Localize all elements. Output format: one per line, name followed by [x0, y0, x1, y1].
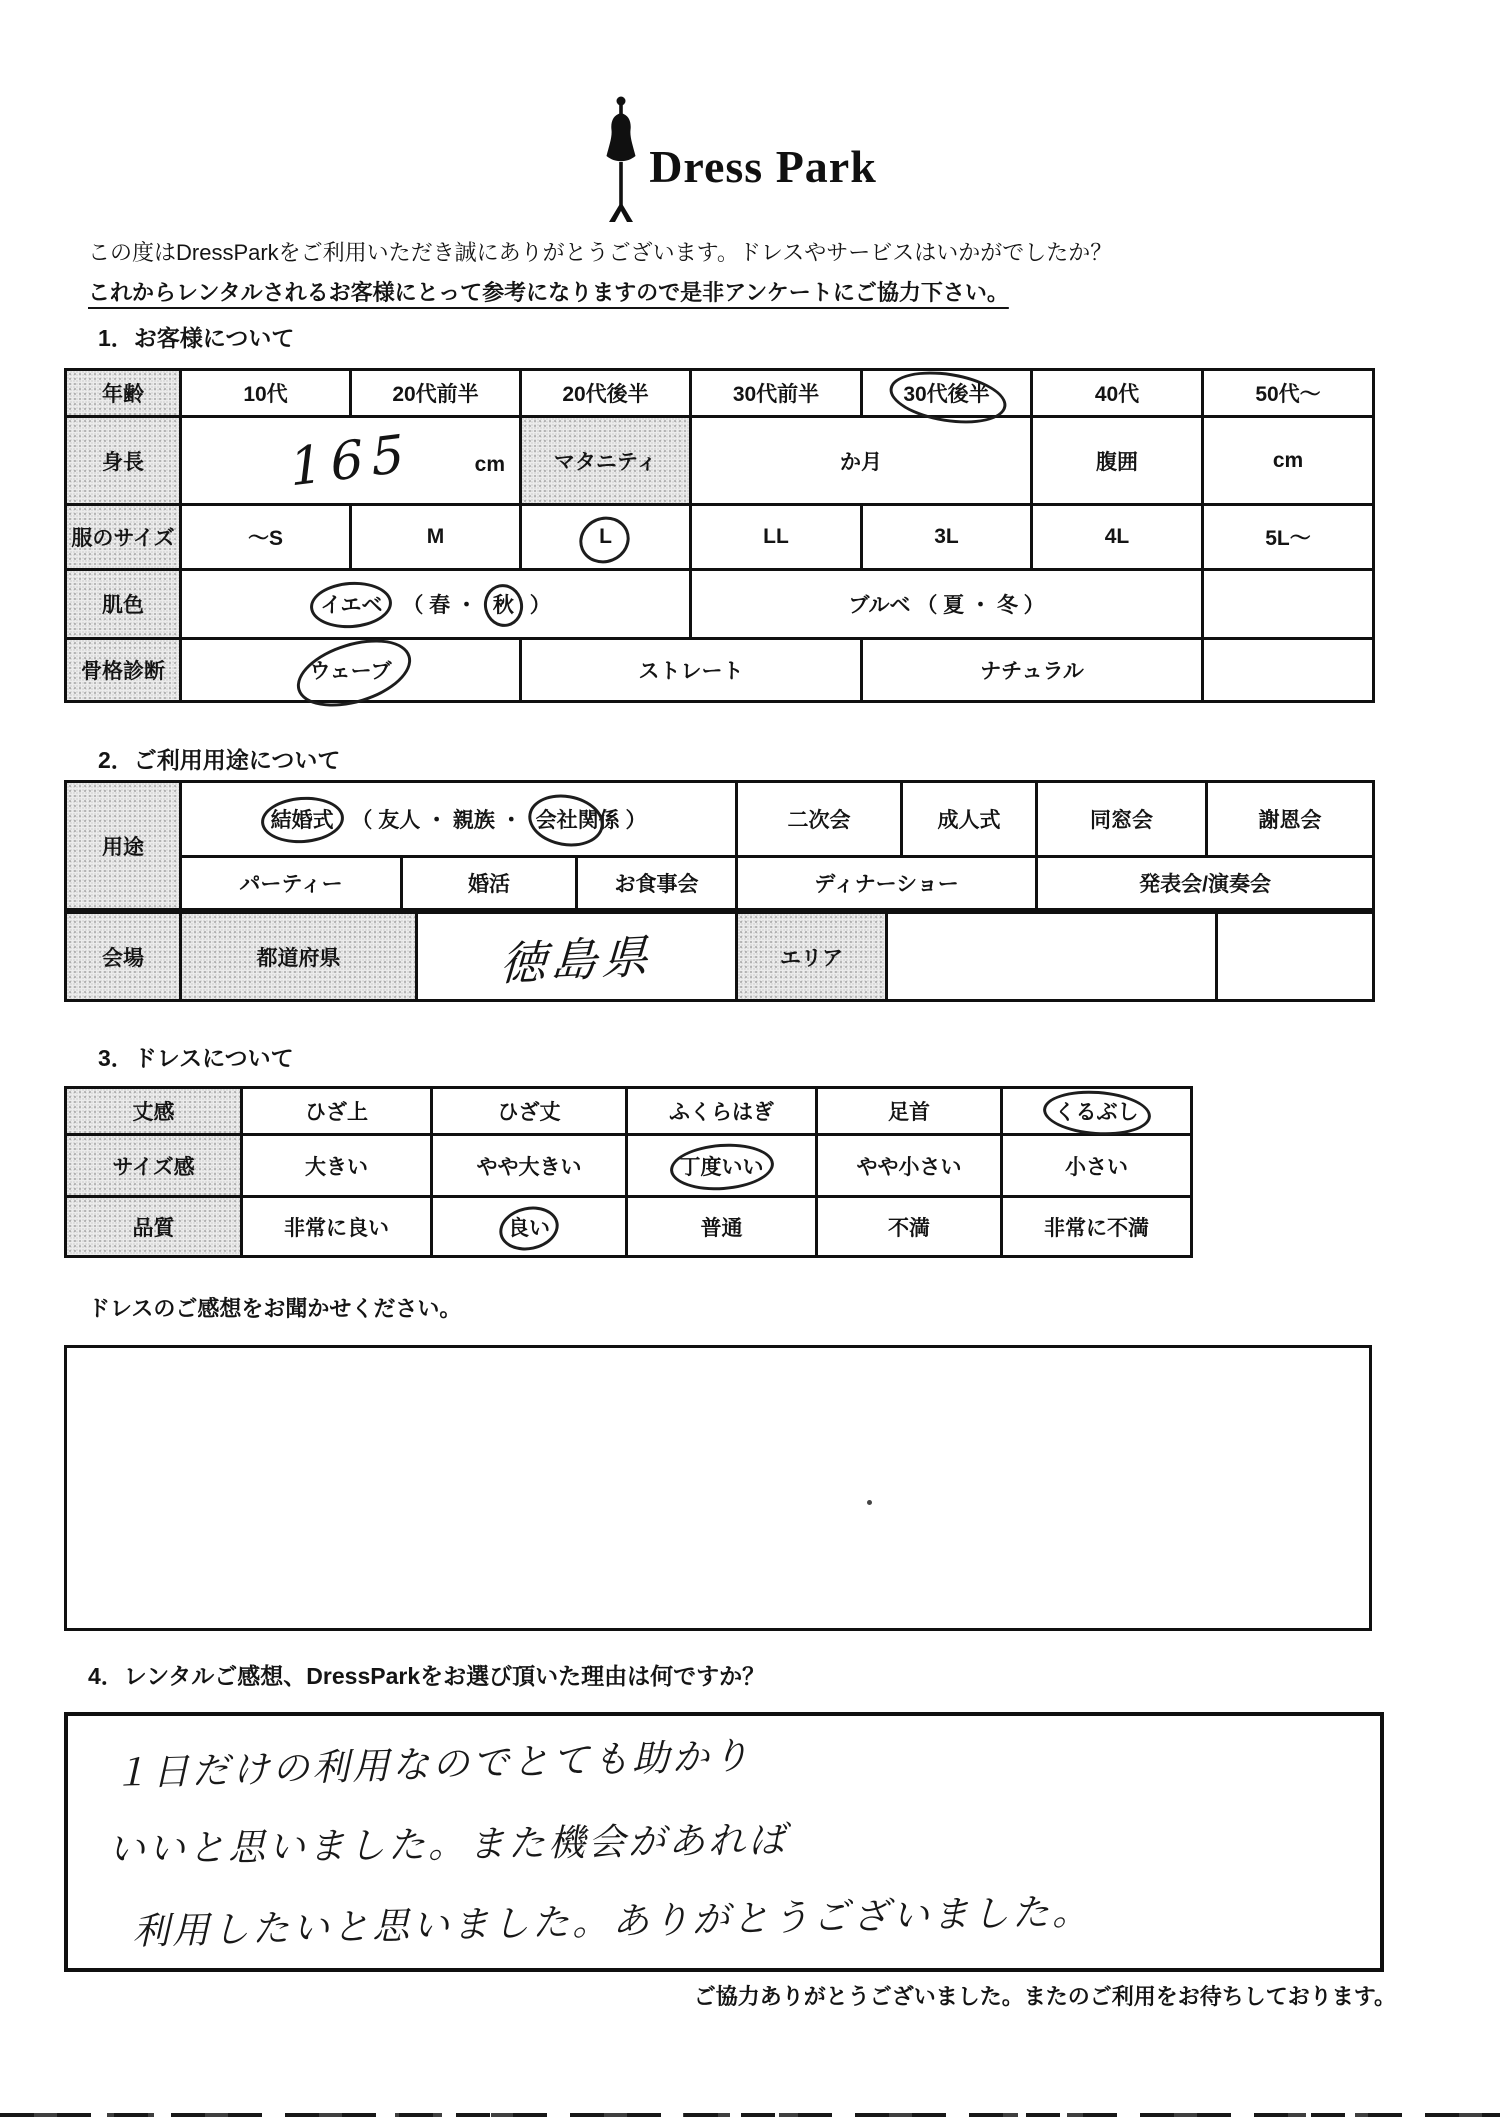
circle-mark-yellow-base: イエベ	[320, 589, 382, 619]
intro-line2: これからレンタルされるお客様にとって参考になりますので是非アンケートにご協力下さ…	[88, 278, 1428, 308]
venue-area-empty-cell	[887, 913, 1217, 1001]
skeleton-row-label: 骨格診断	[66, 639, 181, 702]
purpose-option-party: パーティー	[181, 857, 402, 910]
brand-name: Dress Park	[649, 140, 877, 193]
purpose-option-dinner: お食事会	[577, 857, 737, 910]
skin-blue-cell: ブルベ （ 夏 ・ 冬 ）	[691, 570, 1203, 639]
skin-yellow-detail: （ 春 ・	[402, 594, 477, 617]
handwritten-line-2: いいと思いました。また機会があれば	[108, 1809, 789, 1872]
hem-length-label: 丈感	[66, 1088, 242, 1135]
quality-option-normal: 普通	[627, 1197, 817, 1257]
size-option-m: M	[351, 505, 521, 570]
purpose-option-afterparty: 二次会	[737, 782, 902, 857]
purpose-option-reunion: 同窓会	[1037, 782, 1207, 857]
circle-mark-wedding: 結婚式	[271, 804, 334, 834]
hem-option-anklebone: くるぶし	[1002, 1088, 1192, 1135]
scan-artifact-line	[0, 2113, 1500, 2117]
spacer-cell	[1203, 570, 1374, 639]
venue-pref-label-cell: 都道府県	[181, 913, 417, 1001]
questionnaire-scan-page: Dress Park この度はDressParkをご利用いただき誠にありがとうご…	[0, 0, 1500, 2127]
quality-option-very-unsatisfied: 非常に不満	[1002, 1197, 1192, 1257]
size-option-l: L	[521, 505, 691, 570]
section2-heading: 2．ご利用用途について	[98, 742, 340, 775]
handwritten-line-3: 利用したいと思いました。ありがとうございました。	[132, 1881, 1093, 1955]
circle-mark-size: L	[599, 525, 612, 549]
age-option-50s: 50代～	[1203, 370, 1374, 417]
waist-unit-cell: cm	[1203, 417, 1374, 505]
purpose-label-cell: 用途	[66, 782, 181, 910]
age-option-20s-early: 20代前半	[351, 370, 521, 417]
dress-comment-box	[64, 1345, 1372, 1631]
skeleton-option-wave: ウェーブ	[181, 639, 521, 702]
size-option-ll: LL	[691, 505, 862, 570]
purpose-option-thanks-party: 謝恩会	[1207, 782, 1374, 857]
height-row-label: 身長	[66, 417, 181, 505]
purpose-option-coming-of-age: 成人式	[902, 782, 1037, 857]
fit-option-slightly-small: やや小さい	[817, 1135, 1002, 1197]
intro-text: この度はDressParkをご利用いただき誠にありがとうございます。ドレスやサー…	[88, 238, 1428, 308]
handwritten-line-1: １日だけの利用なのでとても助かり	[111, 1725, 752, 1797]
age-option-30s-early: 30代前半	[691, 370, 862, 417]
venue-pref-value-cell: 徳島県	[417, 913, 737, 1001]
fit-option-slightly-big: やや大きい	[432, 1135, 627, 1197]
height-value-cell: 165 cm	[181, 417, 521, 505]
venue-table: 会場 都道府県 徳島県 エリア	[64, 911, 1375, 1002]
section3-heading: 3．ドレスについて	[98, 1040, 294, 1073]
circle-mark-age: 30代後半	[903, 378, 989, 408]
quality-option-good: 良い	[432, 1197, 627, 1257]
wedding-detail-post: 関係 ）	[578, 809, 647, 832]
quality-label: 品質	[66, 1197, 242, 1257]
purpose-wedding-cell: 結婚式 （ 友人 ・ 親族 ・ 会社関係 ）	[181, 782, 737, 857]
maternity-label-cell: マタニティ	[521, 417, 691, 505]
fit-option-big: 大きい	[242, 1135, 432, 1197]
maternity-months-cell: か月	[691, 417, 1032, 505]
circle-mark-skeleton: ウェーブ	[309, 655, 391, 685]
waist-label-cell: 腹囲	[1032, 417, 1203, 505]
spacer-cell	[1203, 639, 1374, 702]
dress-comment-prompt: ドレスのご感想をお聞かせください。	[88, 1292, 461, 1323]
size-option-s: ～S	[181, 505, 351, 570]
dress-form-icon	[603, 96, 639, 224]
customer-table: 年齢 10代 20代前半 20代後半 30代前半 30代後半 40代 50代～ …	[64, 368, 1375, 703]
venue-label-cell: 会場	[66, 913, 181, 1001]
circle-mark-fit: 丁度いい	[680, 1151, 764, 1181]
venue-area-label-cell: エリア	[737, 913, 887, 1001]
circle-mark-company: 会社	[536, 804, 578, 834]
hem-option-above-knee: ひざ上	[242, 1088, 432, 1135]
fit-option-just-right: 丁度いい	[627, 1135, 817, 1197]
section4-heading: 4．レンタルご感想、DressParkをお選び頂いた理由は何ですか？	[88, 1658, 765, 1691]
reason-box: １日だけの利用なのでとても助かり いいと思いました。また機会があれば 利用したい…	[64, 1712, 1384, 1972]
purpose-table: 用途 結婚式 （ 友人 ・ 親族 ・ 会社関係 ） 二次会 成人式 同窓会 謝恩…	[64, 780, 1375, 911]
hem-option-knee: ひざ丈	[432, 1088, 627, 1135]
wedding-detail-pre: （ 友人 ・ 親族 ・	[351, 809, 521, 832]
size-option-3l: 3L	[862, 505, 1032, 570]
skeleton-option-natural: ナチュラル	[862, 639, 1203, 702]
quality-option-unsatisfied: 不満	[817, 1197, 1002, 1257]
circle-mark-autumn: 秋	[493, 589, 514, 619]
brand-logo: Dress Park	[0, 96, 1490, 224]
fit-option-small: 小さい	[1002, 1135, 1192, 1197]
age-row-label: 年齢	[66, 370, 181, 417]
size-row-label: 服のサイズ	[66, 505, 181, 570]
size-option-5l: 5L～	[1203, 505, 1374, 570]
skin-row-label: 肌色	[66, 570, 181, 639]
age-option-10s: 10代	[181, 370, 351, 417]
height-unit: cm	[475, 453, 505, 477]
scan-speck	[867, 1500, 872, 1505]
circle-mark-hem: くるぶし	[1055, 1096, 1139, 1126]
hem-option-calf: ふくらはぎ	[627, 1088, 817, 1135]
circle-mark-quality: 良い	[508, 1212, 550, 1242]
intro-line1: この度はDressParkをご利用いただき誠にありがとうございます。ドレスやサー…	[88, 238, 1428, 268]
dress-table: 丈感 ひざ上 ひざ丈 ふくらはぎ 足首 くるぶし サイズ感 大きい やや大きい …	[64, 1086, 1193, 1258]
skeleton-option-straight: ストレート	[521, 639, 862, 702]
age-option-40s: 40代	[1032, 370, 1203, 417]
purpose-option-konkatsu: 婚活	[402, 857, 577, 910]
purpose-option-dinner-show: ディナーショー	[737, 857, 1037, 910]
skin-yellow-cell: イエベ （ 春 ・ 秋 ）	[181, 570, 691, 639]
height-handwritten-value: 165	[286, 422, 416, 498]
skin-close-paren: ）	[530, 594, 551, 617]
quality-option-very-good: 非常に良い	[242, 1197, 432, 1257]
purpose-option-recital: 発表会/演奏会	[1037, 857, 1374, 910]
pref-handwritten-value: 徳島県	[498, 919, 654, 993]
size-option-4l: 4L	[1032, 505, 1203, 570]
age-option-30s-late: 30代後半	[862, 370, 1032, 417]
hem-option-ankle: 足首	[817, 1088, 1002, 1135]
age-option-20s-late: 20代後半	[521, 370, 691, 417]
footer-thanks: ご協力ありがとうございました。またのご利用をお待ちしております。	[694, 1980, 1396, 2011]
section1-heading: 1．お客様について	[98, 320, 294, 353]
spacer-cell	[1217, 913, 1374, 1001]
size-feel-label: サイズ感	[66, 1135, 242, 1197]
